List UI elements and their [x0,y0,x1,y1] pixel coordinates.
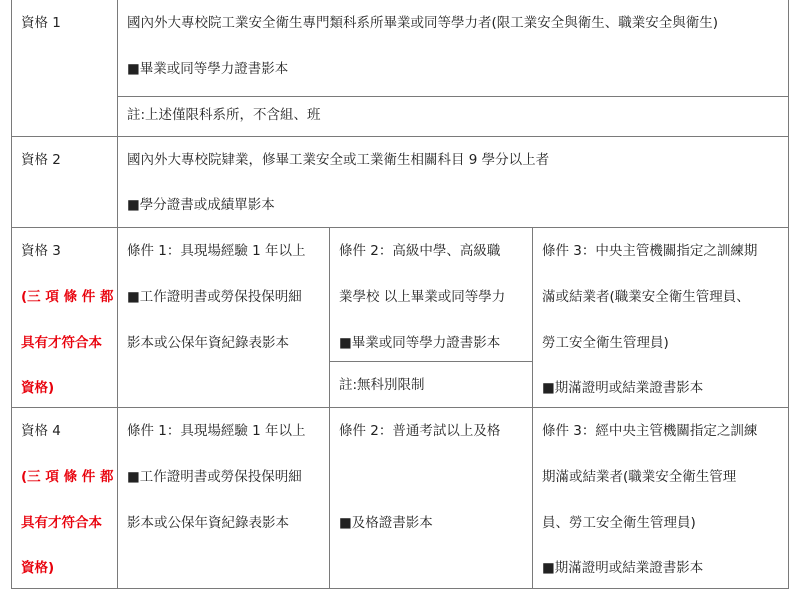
row-3-condition-2-line-2: 業學校 以上畢業或同等學力 [339,288,505,306]
row-3-condition-2-note: 註:無科別限制 [339,376,425,394]
row-3-label-cell: 資格 3 (三 項 條 件 都 具有才符合本 資格) [11,227,118,408]
row-3-condition-2-line-3: ■畢業或同等學力證書影本 [339,334,500,352]
row-3-condition-2-cell: 條件 2：高級中學、高級職 業學校 以上畢業或同等學力 ■畢業或同等學力證書影本 [329,227,533,362]
row-3-condition-3-title: 條件 3：中央主管機關指定之訓練期 [542,242,757,260]
row-4-label-note-3: 資格) [21,559,54,577]
row-4-condition-1-line-2: ■工作證明書或勞保投保明細 [127,468,302,486]
row-4-condition-3-cell: 條件 3：經中央主管機關指定之訓練 期滿或結業者(職業安全衛生管理 員、勞工安全… [532,407,789,589]
row-2-document: ■學分證書或成績單影本 [127,196,275,214]
row-1-label: 資格 1 [21,14,61,32]
row-3-label-note-3: 資格) [21,379,54,397]
row-1-content-cell: 國內外大專校院工業安全衛生專門類科系所畢業或同等學力者(限工業安全與衛生、職業安… [117,0,789,97]
row-4-condition-2-document: ■及格證書影本 [339,514,433,532]
row-3-condition-1-title: 條件 1：具現場經驗 1 年以上 [127,242,306,260]
row-3-condition-2-note-cell: 註:無科別限制 [329,361,533,408]
row-3-label-note-1: (三 項 條 件 都 [21,288,113,306]
row-4-condition-1-cell: 條件 1：具現場經驗 1 年以上 ■工作證明書或勞保投保明細 影本或公保年資紀錄… [117,407,330,589]
row-3-label: 資格 3 [21,242,61,260]
row-4-label-note-2: 具有才符合本 [21,514,102,532]
row-1-label-cell: 資格 1 [11,0,118,137]
row-4-label: 資格 4 [21,422,61,440]
row-4-label-note-1: (三 項 條 件 都 [21,468,113,486]
row-4-condition-2-title: 條件 2：普通考試以上及格 [339,422,500,440]
row-2-requirement: 國內外大專校院肄業，修畢工業安全或工業衛生相關科目 9 學分以上者 [127,151,549,169]
row-3-condition-3-line-3: 勞工安全衛生管理員) [542,334,669,352]
row-3-condition-1-cell: 條件 1：具現場經驗 1 年以上 ■工作證明書或勞保投保明細 影本或公保年資紀錄… [117,227,330,408]
row-3-label-note-2: 具有才符合本 [21,334,102,352]
row-1-note-cell: 註:上述僅限科系所，不含組、班 [117,96,789,137]
row-1-requirement: 國內外大專校院工業安全衛生專門類科系所畢業或同等學力者(限工業安全與衛生、職業安… [127,14,718,32]
row-4-condition-3-line-4: ■期滿證明或結業證書影本 [542,559,703,577]
row-2-content-cell: 國內外大專校院肄業，修畢工業安全或工業衛生相關科目 9 學分以上者 ■學分證書或… [117,136,789,228]
row-3-condition-2-title: 條件 2：高級中學、高級職 [339,242,500,260]
row-3-condition-1-line-3: 影本或公保年資紀錄表影本 [127,334,289,352]
row-2-label: 資格 2 [21,151,61,169]
row-1-note: 註:上述僅限科系所，不含組、班 [127,106,321,124]
row-4-condition-3-line-3: 員、勞工安全衛生管理員) [542,514,696,532]
row-3-condition-1-line-2: ■工作證明書或勞保投保明細 [127,288,302,306]
row-4-condition-1-line-3: 影本或公保年資紀錄表影本 [127,514,289,532]
row-4-label-cell: 資格 4 (三 項 條 件 都 具有才符合本 資格) [11,407,118,589]
row-4-condition-3-title: 條件 3：經中央主管機關指定之訓練 [542,422,757,440]
row-1-document: ■畢業或同等學力證書影本 [127,60,288,78]
row-3-condition-3-line-2: 滿或結業者(職業安全衛生管理員、 [542,288,750,306]
row-2-label-cell: 資格 2 [11,136,118,228]
row-4-condition-1-title: 條件 1：具現場經驗 1 年以上 [127,422,306,440]
row-3-condition-3-line-4: ■期滿證明或結業證書影本 [542,379,703,397]
row-3-condition-3-cell: 條件 3：中央主管機關指定之訓練期 滿或結業者(職業安全衛生管理員、 勞工安全衛… [532,227,789,408]
row-4-condition-2-cell: 條件 2：普通考試以上及格 ■及格證書影本 [329,407,533,589]
row-4-condition-3-line-2: 期滿或結業者(職業安全衛生管理 [542,468,736,486]
